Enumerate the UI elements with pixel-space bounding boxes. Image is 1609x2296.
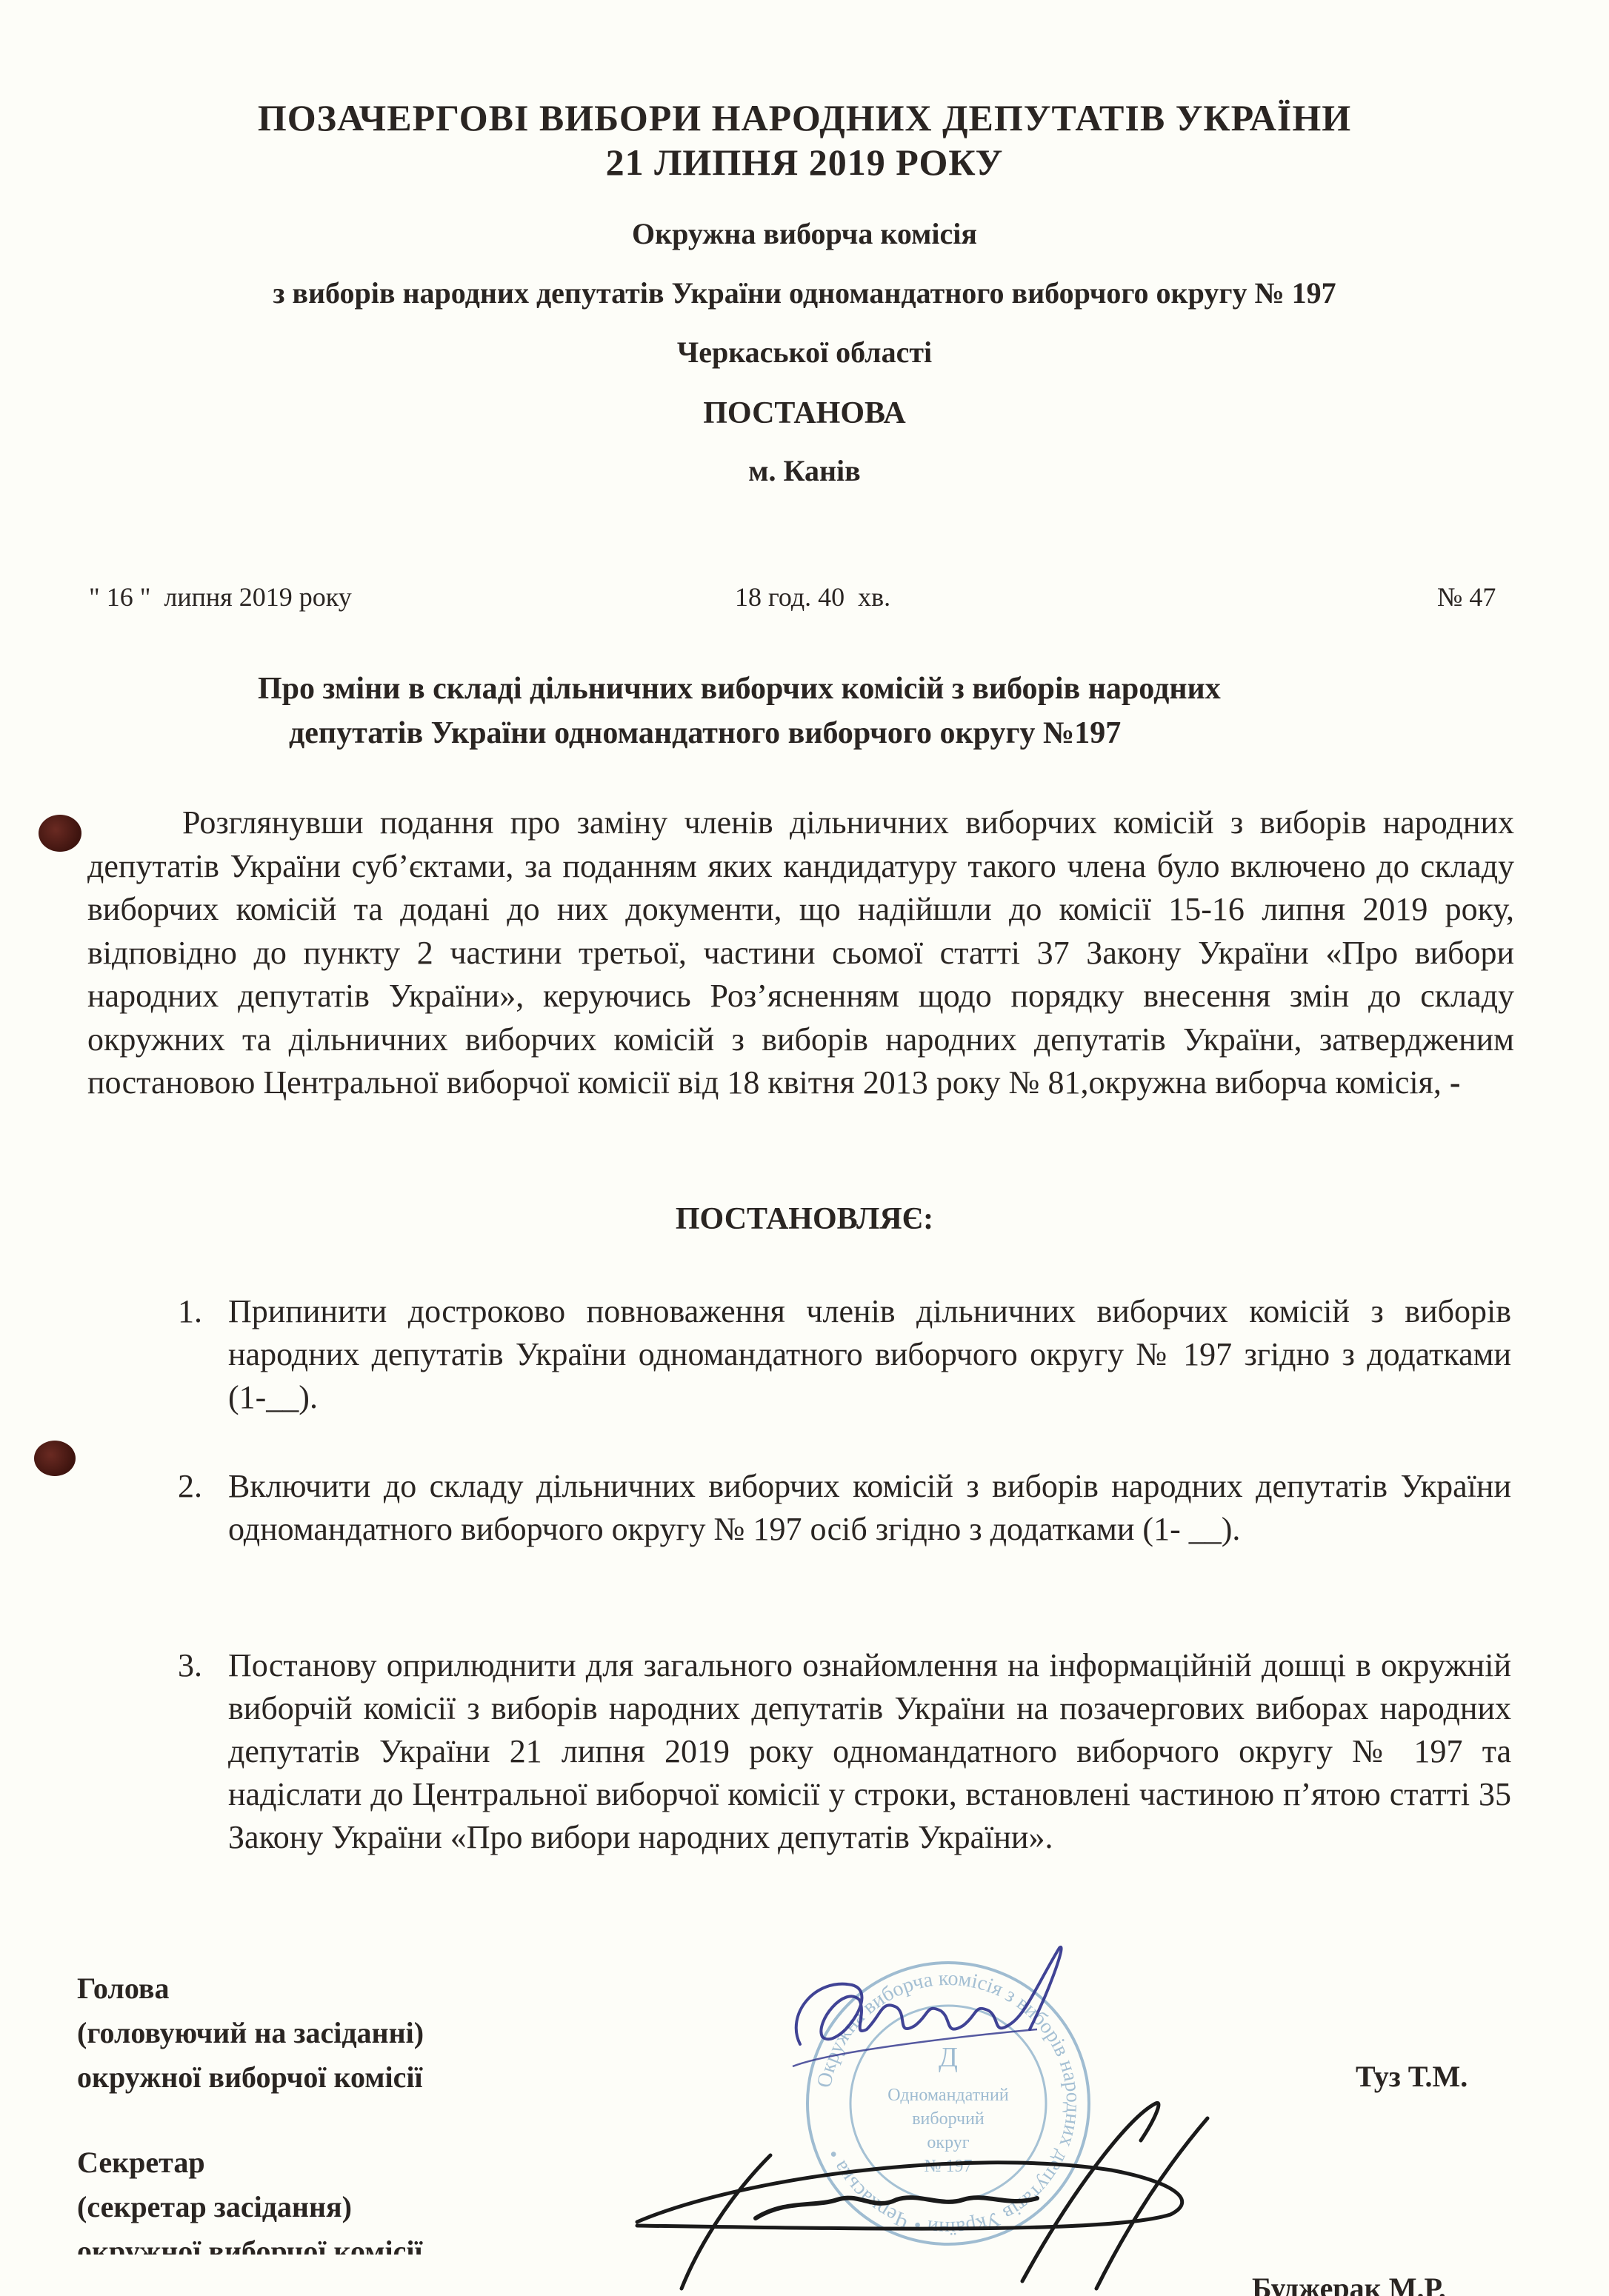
secretary-role: Секретар (секретар засідання) окружної в… bbox=[77, 2140, 423, 2255]
item-number: 2. bbox=[178, 1465, 230, 1508]
resolution-item-1: 1. Припинити достроково повноваження чле… bbox=[178, 1290, 1511, 1424]
resolution-item-2: 2. Включити до складу дільничних виборчи… bbox=[178, 1465, 1511, 1598]
chair-role-line: (головуючий на засіданні) bbox=[77, 2011, 424, 2055]
chair-name: Туз Т.М. bbox=[1356, 2059, 1468, 2094]
election-title: ПОЗАЧЕРГОВІ ВИБОРИ НАРОДНИХ ДЕПУТАТІВ УК… bbox=[0, 96, 1609, 139]
item-text: Припинити достроково повноваження членів… bbox=[228, 1290, 1511, 1419]
document-page: ПОЗАЧЕРГОВІ ВИБОРИ НАРОДНИХ ДЕПУТАТІВ УК… bbox=[0, 0, 1609, 2296]
decision-title-line-1: Про зміни в складі дільничних виборчих к… bbox=[258, 668, 1221, 710]
item-text: Включити до складу дільничних виборчих к… bbox=[228, 1465, 1511, 1551]
punch-hole-top bbox=[39, 815, 81, 852]
secretary-signature-icon bbox=[593, 2089, 1333, 2296]
commission-name: Окружна виборча комісія bbox=[0, 216, 1609, 252]
chair-role-line: окружної виборчої комісії bbox=[77, 2055, 424, 2100]
commission-detail: з виборів народних депутатів України одн… bbox=[0, 276, 1609, 311]
decision-date: " 16 " липня 2019 року bbox=[89, 581, 352, 613]
preamble-text: Розглянувши подання про заміну членів ді… bbox=[87, 804, 1514, 1101]
decision-title-line-2: депутатів України одномандатного виборчо… bbox=[289, 713, 1121, 754]
resolution-item-3: 3. Постанову оприлюднити для загального … bbox=[178, 1644, 1511, 1911]
preamble-dash: - bbox=[1450, 1064, 1461, 1101]
election-date: 21 ЛИПНЯ 2019 РОКУ bbox=[0, 141, 1609, 184]
secretary-role-line: Секретар bbox=[77, 2140, 423, 2185]
document-type: ПОСТАНОВА bbox=[0, 396, 1609, 431]
region-name: Черкаської області bbox=[0, 335, 1609, 370]
decision-time: 18 год. 40 хв. bbox=[735, 581, 890, 613]
secretary-role-line: (секретар засідання) bbox=[77, 2185, 423, 2229]
chair-role: Голова (головуючий на засіданні) окружно… bbox=[77, 1966, 424, 2100]
resolves-heading: ПОСТАНОВЛЯЄ: bbox=[0, 1201, 1609, 1237]
chair-role-line: Голова bbox=[77, 1966, 424, 2011]
preamble-paragraph: Розглянувши подання про заміну членів ді… bbox=[87, 801, 1514, 1105]
item-number: 3. bbox=[178, 1644, 230, 1687]
punch-hole-bottom bbox=[34, 1441, 76, 1476]
city-name: м. Канів bbox=[0, 453, 1609, 489]
secretary-role-line: окружної виборчої комісії bbox=[77, 2229, 423, 2255]
item-number: 1. bbox=[178, 1290, 230, 1333]
chair-signature-icon bbox=[770, 1940, 1111, 2089]
decision-number: № 47 bbox=[1437, 581, 1496, 613]
item-text: Постанову оприлюднити для загального озн… bbox=[228, 1644, 1511, 1859]
